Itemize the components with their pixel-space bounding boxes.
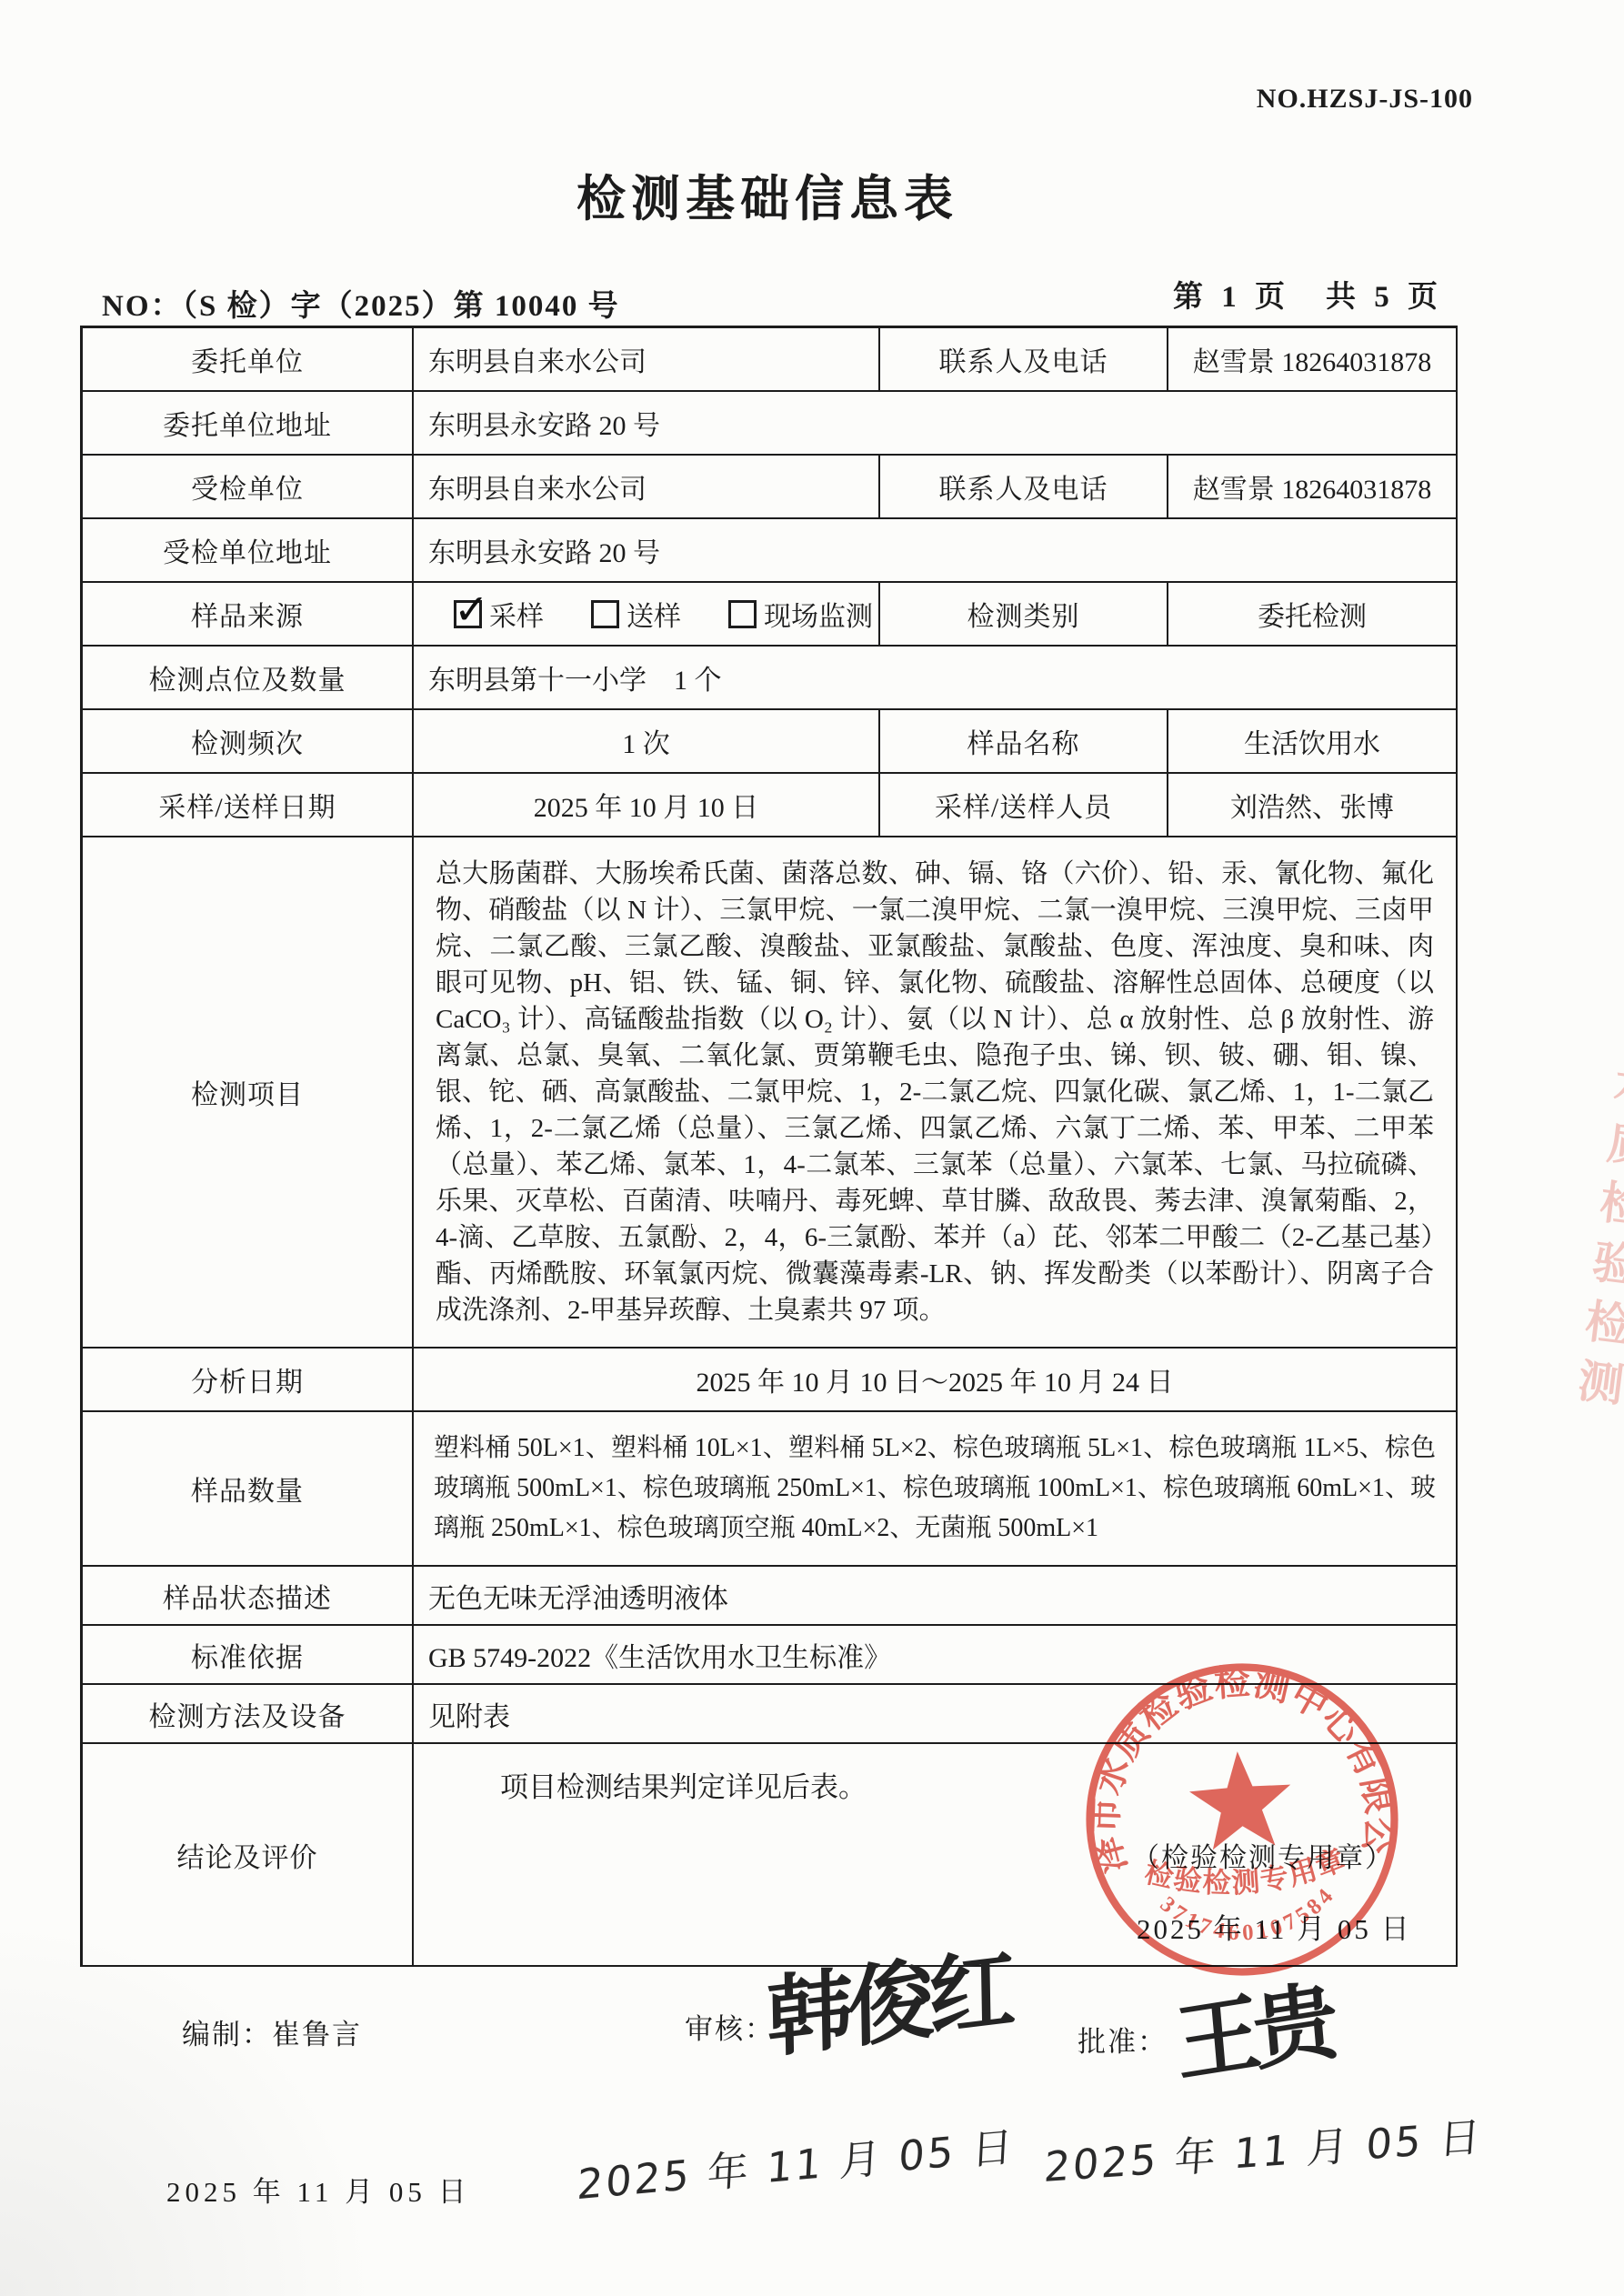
prepared-date: 2025 年 11 月 05 日	[166, 2169, 471, 2210]
label-contact-1: 联系人及电话	[880, 328, 1168, 392]
document-code: NO.HZSJ-JS-100	[1257, 84, 1473, 115]
checkbox-sampling-label: 采样	[489, 602, 544, 632]
label-sample-source: 样品来源	[83, 583, 414, 647]
value-sampling-date: 2025 年 10 月 10 日	[414, 774, 880, 837]
value-test-points: 东明县第十一小学 1 个	[414, 647, 1458, 710]
approve-date-handwritten: 2025 年 11 月 05 日	[1042, 2103, 1485, 2193]
label-frequency: 检测频次	[83, 710, 414, 774]
value-test-items: 总大肠菌群、大肠埃希氏菌、菌落总数、砷、镉、铬（六价）、铅、汞、氰化物、氟化物、…	[414, 839, 1456, 1345]
value-sampling-staff: 刘浩然、张博	[1168, 774, 1458, 837]
value-sample-quantity: 塑料桶 50L×1、塑料桶 10L×1、塑料桶 5L×2、棕色玻璃瓶 5L×1、…	[414, 1421, 1456, 1556]
label-contact-2: 联系人及电话	[880, 456, 1168, 519]
label-method: 检测方法及设备	[83, 1685, 414, 1744]
value-sample-name: 生活饮用水	[1168, 710, 1458, 774]
partial-stamp-fragment: 水质检验检测	[1560, 1057, 1624, 1422]
label-sampling-staff: 采样/送样人员	[880, 774, 1168, 837]
page-title: 检测基础信息表	[80, 160, 1455, 230]
value-analysis-date: 2025 年 10 月 10 日～2025 年 10 月 24 日	[414, 1349, 1458, 1412]
review-label: 审核：	[685, 2006, 775, 2047]
review-date-handwritten: 2025 年 11 月 05 日	[576, 2113, 1017, 2211]
page-indicator: 第 1 页 共 5 页	[1173, 273, 1443, 316]
label-inspected-address: 受检单位地址	[83, 519, 414, 583]
official-seal: 菏泽市水质检验检测中心有限公司 检验检测专用章 3717460107584	[1065, 1642, 1420, 1998]
star-icon	[1187, 1748, 1295, 1850]
value-inspected-unit: 东明县自来水公司	[414, 456, 880, 519]
value-contact-2: 赵雪景 18264031878	[1168, 456, 1458, 519]
label-sample-name: 样品名称	[880, 710, 1168, 774]
scan-shadow	[0, 1914, 382, 2296]
label-inspected-unit: 受检单位	[83, 456, 414, 519]
label-analysis-date: 分析日期	[83, 1349, 414, 1412]
seal-company-text: 菏泽市水质检验检测中心有限公司	[1065, 1642, 1403, 1880]
checkbox-sampling[interactable]	[454, 600, 482, 628]
checkbox-onsite-monitoring[interactable]	[728, 600, 757, 628]
checkbox-delivered-sample[interactable]	[591, 600, 619, 628]
label-sample-quantity: 样品数量	[83, 1412, 414, 1567]
approve-label: 批准：	[1078, 2019, 1168, 2060]
prepared-name: 崔鲁言	[272, 2019, 362, 2050]
svg-text:菏泽市水质检验检测中心有限公司: 菏泽市水质检验检测中心有限公司	[1065, 1642, 1403, 1880]
prepared-label: 编制：	[182, 2019, 272, 2050]
value-frequency: 1 次	[414, 710, 880, 774]
value-entrust-unit: 东明县自来水公司	[414, 328, 880, 392]
label-sampling-date: 采样/送样日期	[83, 774, 414, 837]
checkbox-delivered-sample-label: 送样	[627, 602, 681, 632]
value-sample-state: 无色无味无浮油透明液体	[414, 1567, 1458, 1626]
conclusion-text: 项目检测结果判定详见后表。	[500, 1764, 867, 1805]
report-number: NO：（S 检）字（2025）第 10040 号	[102, 282, 620, 325]
label-conclusion: 结论及评价	[83, 1744, 414, 1967]
value-entrust-address: 东明县永安路 20 号	[414, 392, 1458, 456]
label-entrust-address: 委托单位地址	[83, 392, 414, 456]
label-test-items: 检测项目	[83, 837, 414, 1349]
value-test-category: 委托检测	[1168, 583, 1458, 647]
label-test-points: 检测点位及数量	[83, 647, 414, 710]
label-standard: 标准依据	[83, 1626, 414, 1685]
label-test-category: 检测类别	[880, 583, 1168, 647]
label-entrust-unit: 委托单位	[83, 328, 414, 392]
value-inspected-address: 东明县永安路 20 号	[414, 519, 1458, 583]
label-sample-state: 样品状态描述	[83, 1567, 414, 1626]
prepared-by: 编制：崔鲁言	[182, 2011, 362, 2052]
approver-signature: 王贵	[1170, 1952, 1336, 2100]
sample-source-options: 采样 送样 现场监测	[414, 583, 880, 647]
checkbox-onsite-monitoring-label: 现场监测	[764, 602, 873, 632]
value-contact-1: 赵雪景 18264031878	[1168, 328, 1458, 392]
scanned-form-page: NO.HZSJ-JS-100 检测基础信息表 NO：（S 检）字（2025）第 …	[0, 0, 1624, 2296]
